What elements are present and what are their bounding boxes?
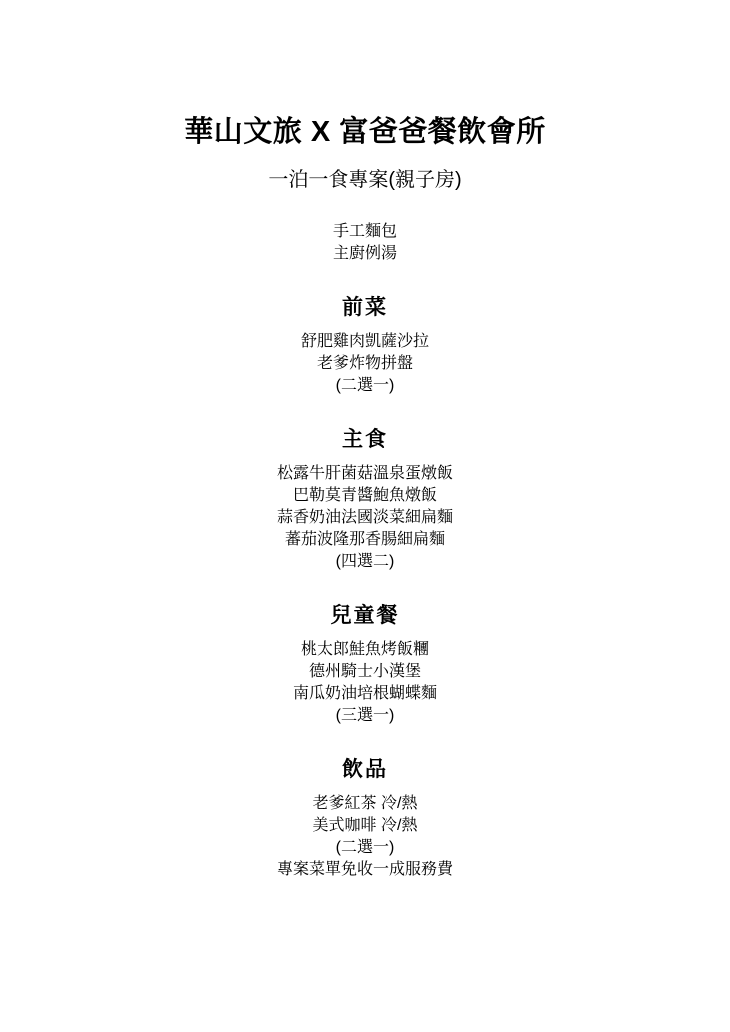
section-heading-kids-meal: 兒童餐	[0, 603, 730, 629]
menu-item: 蕃茄波隆那香腸細扁麵	[0, 529, 730, 551]
menu-subtitle: 一泊一食專案(親子房)	[0, 167, 730, 193]
section-heading-main-course: 主食	[0, 427, 730, 453]
choice-note: (二選一)	[0, 375, 730, 397]
menu-title: 華山文旅 X 富爸爸餐飲會所	[0, 113, 730, 151]
menu-item: 桃太郎鮭魚烤飯糰	[0, 639, 730, 661]
menu-page: 華山文旅 X 富爸爸餐飲會所 一泊一食專案(親子房) 手工麵包 主廚例湯 前菜 …	[0, 0, 730, 1032]
menu-item-bread: 手工麵包	[0, 221, 730, 243]
choice-note: (三選一)	[0, 705, 730, 727]
choice-note: (四選二)	[0, 551, 730, 573]
menu-item-soup: 主廚例湯	[0, 243, 730, 265]
menu-item: 南瓜奶油培根蝴蝶麵	[0, 683, 730, 705]
section-heading-drinks: 飲品	[0, 757, 730, 783]
menu-item: 舒肥雞肉凱薩沙拉	[0, 331, 730, 353]
section-drinks: 飲品 老爹紅茶 冷/熱 美式咖啡 冷/熱 (二選一) 專案菜單免收一成服務費	[0, 757, 730, 881]
menu-item: 蒜香奶油法國淡菜細扁麵	[0, 507, 730, 529]
menu-item: 美式咖啡 冷/熱	[0, 815, 730, 837]
menu-item: 巴勒莫青醬鮑魚燉飯	[0, 485, 730, 507]
choice-note: (二選一)	[0, 837, 730, 859]
section-appetizer: 前菜 舒肥雞肉凱薩沙拉 老爹炸物拼盤 (二選一)	[0, 295, 730, 397]
menu-item: 老爹炸物拼盤	[0, 353, 730, 375]
menu-item: 老爹紅茶 冷/熱	[0, 793, 730, 815]
section-heading-appetizer: 前菜	[0, 295, 730, 321]
menu-item: 松露牛肝菌菇溫泉蛋燉飯	[0, 463, 730, 485]
included-items: 手工麵包 主廚例湯	[0, 221, 730, 265]
section-main-course: 主食 松露牛肝菌菇溫泉蛋燉飯 巴勒莫青醬鮑魚燉飯 蒜香奶油法國淡菜細扁麵 蕃茄波…	[0, 427, 730, 573]
section-kids-meal: 兒童餐 桃太郎鮭魚烤飯糰 德州騎士小漢堡 南瓜奶油培根蝴蝶麵 (三選一)	[0, 603, 730, 727]
service-charge-note: 專案菜單免收一成服務費	[0, 859, 730, 881]
menu-item: 德州騎士小漢堡	[0, 661, 730, 683]
